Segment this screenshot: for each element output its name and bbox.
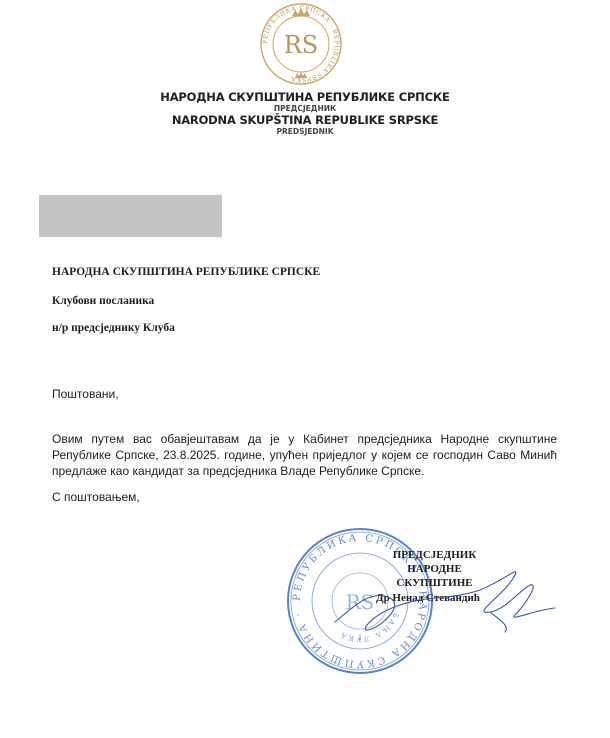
recipient-line-1: НАРОДНА СКУПШТИНА РЕПУБЛИКЕ СРПСКЕ (52, 266, 320, 278)
letterhead-subtitle-cyrillic: ПРЕДСЈЕДНИК (0, 104, 610, 113)
body-paragraph: Овим путем вас обавјештавам да је у Каби… (52, 431, 557, 479)
salutation: Поштовани, (52, 387, 119, 401)
svg-text:RS: RS (284, 31, 319, 59)
handwritten-signature-icon (330, 560, 560, 650)
recipient-line-2: Клубови посланика (52, 295, 154, 307)
closing: С поштовањем, (52, 490, 140, 504)
redacted-block (39, 195, 222, 237)
parliament-emblem-icon: РЕПУБЛИКА СРПСКА · REPUBLIKA SRPSKA RS (258, 2, 344, 86)
recipient-line-3: н/р предсједнику Клуба (52, 322, 175, 334)
letterhead: НАРОДНА СКУПШТИНА РЕПУБЛИКЕ СРПСКЕ ПРЕДС… (0, 90, 610, 136)
letterhead-title-cyrillic: НАРОДНА СКУПШТИНА РЕПУБЛИКЕ СРПСКЕ (0, 90, 610, 104)
letterhead-subtitle-latin: PREDSJEDNIK (0, 127, 610, 136)
letterhead-title-latin: NARODNA SKUPŠTINA REPUBLIKE SRPSKE (0, 113, 610, 127)
